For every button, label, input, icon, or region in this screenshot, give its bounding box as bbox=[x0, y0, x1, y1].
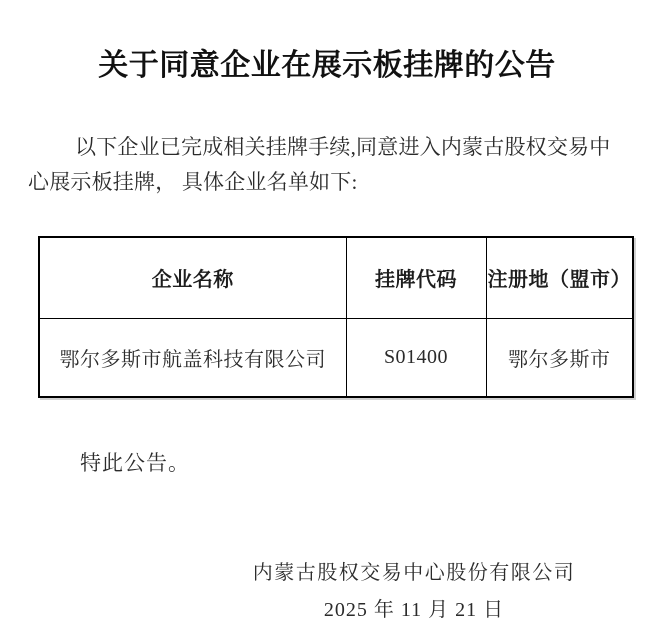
cell-listing-code: S01400 bbox=[346, 318, 486, 397]
closing-text: 特此公告。 bbox=[80, 449, 190, 477]
announcement-document: 关于同意企业在展示板挂牌的公告 以下企业已完成相关挂牌手续,同意进入内蒙古股权交… bbox=[0, 0, 654, 639]
page-title: 关于同意企业在展示板挂牌的公告 bbox=[0, 46, 654, 86]
issue-date: 2025 年 11 月 21 日 bbox=[174, 597, 654, 623]
table-row: 鄂尔多斯市航盖科技有限公司 S01400 鄂尔多斯市 bbox=[39, 318, 633, 397]
intro-paragraph: 以下企业已完成相关挂牌手续,同意进入内蒙古股权交易中 心展示板挂牌， 具体企业名… bbox=[28, 130, 632, 200]
table-header-registration-place: 注册地（盟市） bbox=[486, 237, 633, 318]
table-header-company-name: 企业名称 bbox=[39, 237, 346, 318]
company-listing-table: 企业名称 挂牌代码 注册地（盟市） 鄂尔多斯市航盖科技有限公司 S01400 鄂… bbox=[38, 236, 634, 398]
cell-registration-place: 鄂尔多斯市 bbox=[486, 318, 633, 397]
intro-paragraph-line-2: 心展示板挂牌， 具体企业名单如下: bbox=[28, 165, 632, 200]
table-header-listing-code: 挂牌代码 bbox=[346, 237, 486, 318]
cell-company-name: 鄂尔多斯市航盖科技有限公司 bbox=[39, 318, 346, 397]
intro-paragraph-line-1: 以下企业已完成相关挂牌手续,同意进入内蒙古股权交易中 bbox=[28, 130, 632, 165]
table-header-row: 企业名称 挂牌代码 注册地（盟市） bbox=[39, 237, 633, 318]
issuer-name: 内蒙古股权交易中心股份有限公司 bbox=[174, 560, 654, 586]
